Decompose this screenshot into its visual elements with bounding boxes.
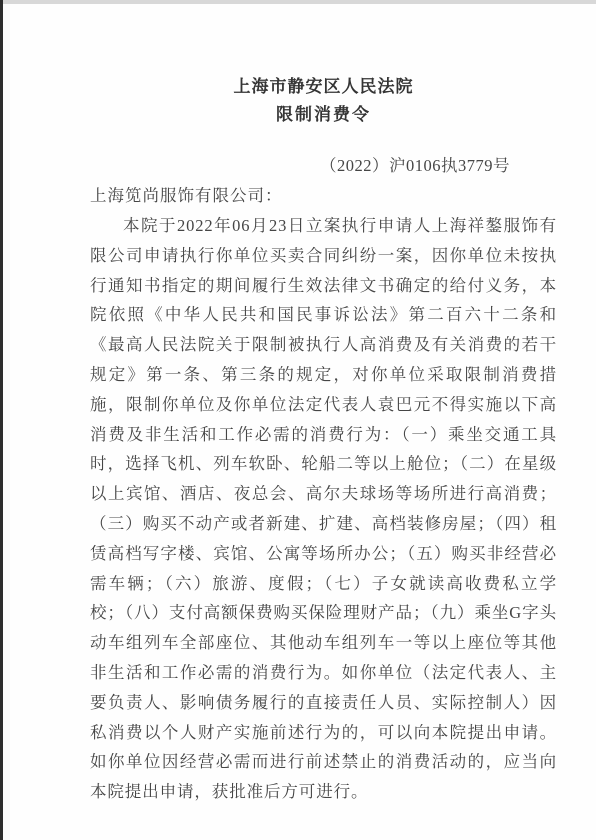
scanned-court-document-page: 上海市静安区人民法院 限制消费令 （2022）沪0106执3779号 上海笕尚服… bbox=[0, 0, 596, 840]
document-content: 上海市静安区人民法院 限制消费令 （2022）沪0106执3779号 上海笕尚服… bbox=[0, 0, 596, 840]
case-number: （2022）沪0106执3779号 bbox=[90, 151, 557, 181]
order-body-paragraph: 本院于2022年06月23日立案执行申请人上海祥鏊服饰有限公司申请执行你单位买卖… bbox=[90, 211, 557, 807]
document-title: 限制消费令 bbox=[90, 101, 557, 129]
court-name-heading: 上海市静安区人民法院 bbox=[90, 73, 557, 101]
addressee-line: 上海笕尚服饰有限公司： bbox=[90, 181, 557, 211]
